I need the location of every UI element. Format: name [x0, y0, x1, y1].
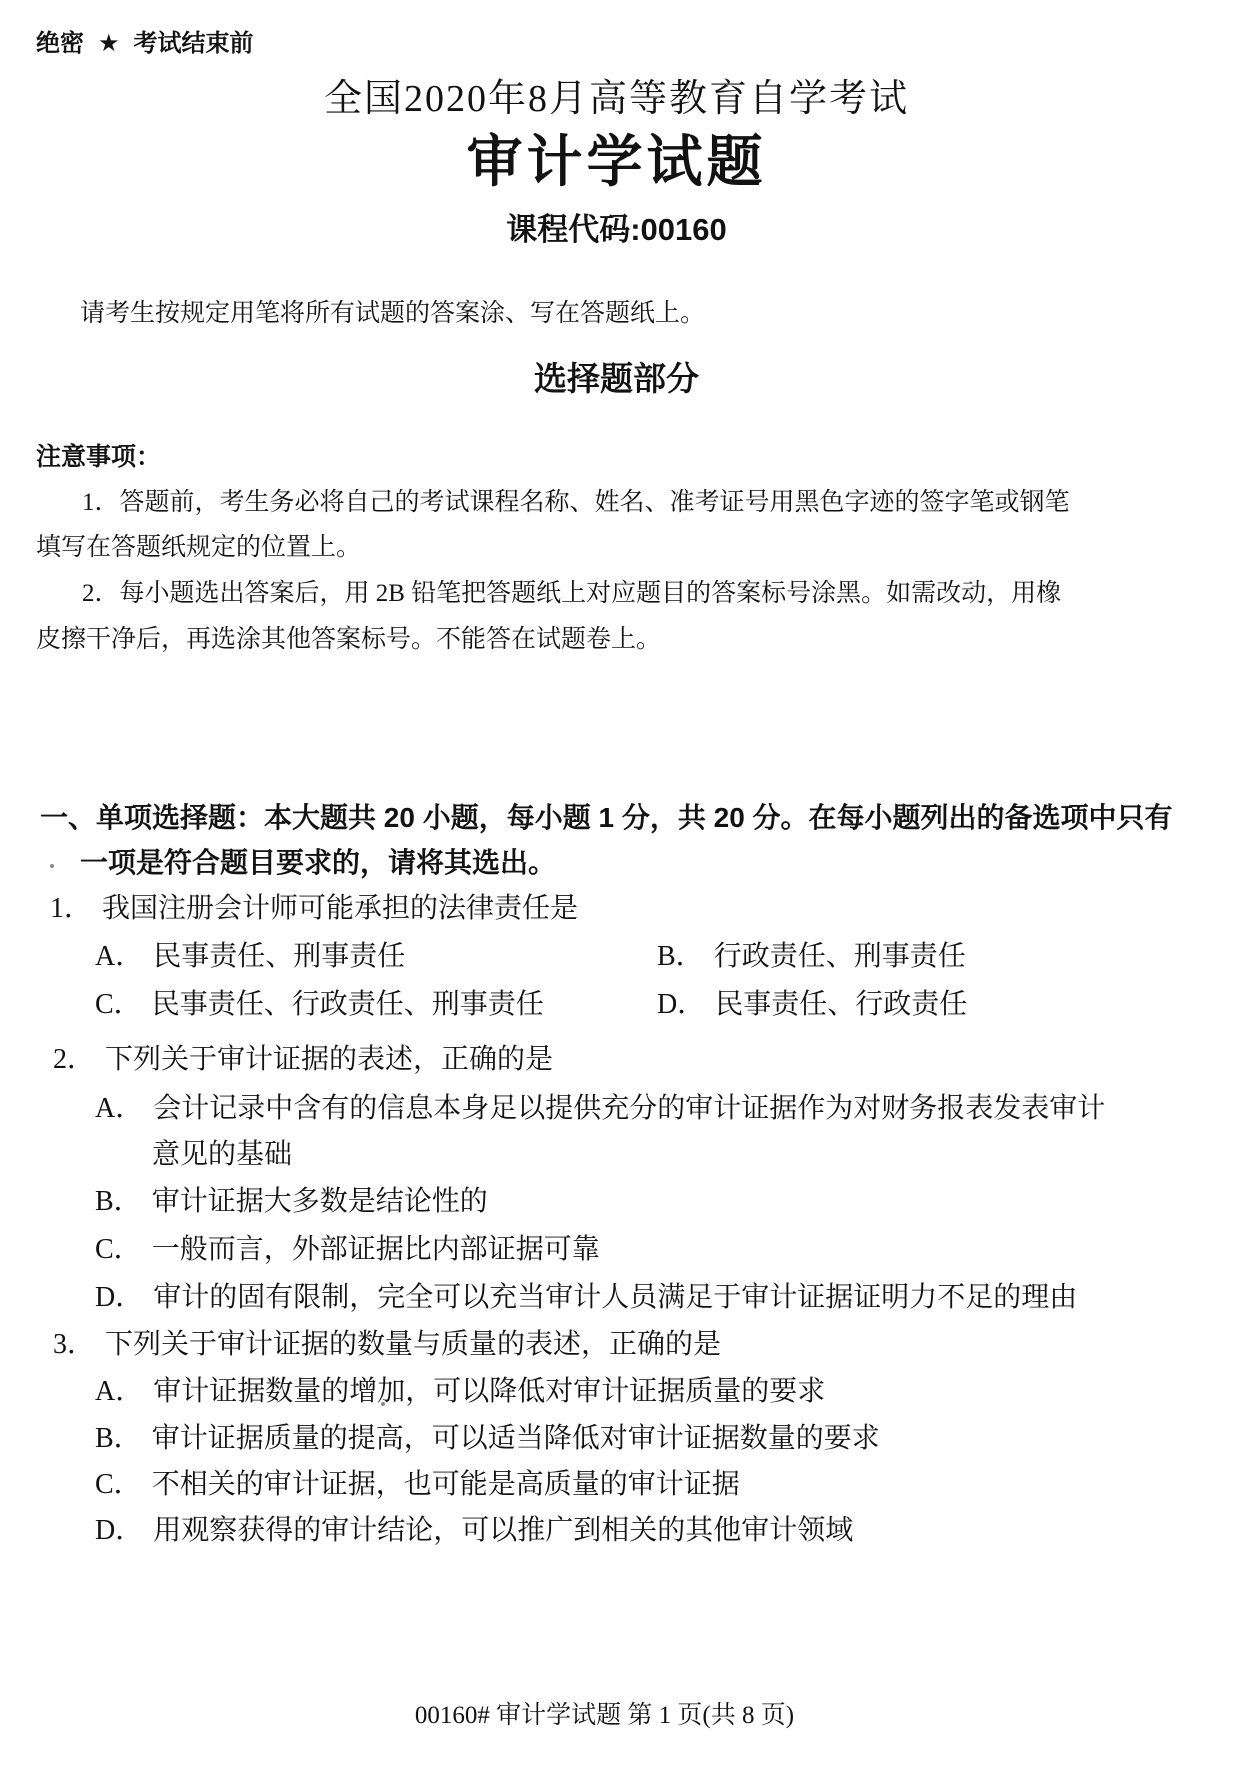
question-2-option-c: C．一般而言，外部证据比内部证据可靠	[95, 1234, 600, 1266]
question-2-stem: 2．下列关于审计证据的表述，正确的是	[53, 1044, 553, 1076]
option-a-text: 审计证据数量的增加，可以降低对审计证据质量的要求	[153, 1376, 825, 1407]
option-b-label: B．	[95, 1423, 142, 1454]
option-b-text: 审计证据质量的提高，可以适当降低对审计证据数量的要求	[152, 1423, 880, 1454]
question-2-text: 下列关于审计证据的表述，正确的是	[105, 1044, 553, 1075]
option-b-text: 行政责任、刑事责任	[714, 941, 966, 972]
exam-subject-title: 审计学试题	[0, 130, 1233, 194]
option-a-label: A．	[95, 1376, 143, 1407]
question-1-option-c: C．民事责任、行政责任、刑事责任	[95, 989, 544, 1021]
question-3-text: 下列关于审计证据的数量与质量的表述，正确的是	[105, 1329, 721, 1360]
question-3-number: 3．	[53, 1329, 95, 1360]
exam-session-title: 全国2020年8月高等教育自学考试	[0, 78, 1233, 122]
note-2-line-1: 2．每小题选出答案后，用 2B 铅笔把答题纸上对应题目的答案标号涂黑。如需改动，…	[82, 580, 1061, 609]
star-icon: ★	[98, 30, 120, 57]
question-1-stem: 1．我国注册会计师可能承担的法律责任是	[50, 893, 578, 925]
scan-speck	[381, 1402, 385, 1406]
section-one-heading-line-1: 一、单项选择题：本大题共 20 小题，每小题 1 分，共 20 分。在每小题列出…	[40, 802, 1173, 834]
question-2-option-d: D．审计的固有限制，完全可以充当审计人员满足于审计证据证明力不足的理由	[95, 1282, 1077, 1314]
question-3-stem: 3．下列关于审计证据的数量与质量的表述，正确的是	[53, 1329, 721, 1361]
option-d-label: D．	[95, 1282, 143, 1313]
option-c-text: 不相关的审计证据，也可能是高质量的审计证据	[152, 1469, 740, 1500]
note-2-line-2: 皮擦干净后，再选涂其他答案标号。不能答在试题卷上。	[36, 626, 661, 655]
option-d-label: D．	[95, 1515, 143, 1546]
question-1-option-b: B．行政责任、刑事责任	[657, 941, 966, 973]
option-c-label: C．	[95, 1234, 142, 1265]
question-3-option-d: D．用观察获得的审计结论，可以推广到相关的其他审计领域	[95, 1515, 853, 1547]
option-d-text: 民事责任、行政责任	[715, 989, 967, 1020]
option-b-label: B．	[657, 941, 704, 972]
option-a-text: 民事责任、刑事责任	[153, 941, 405, 972]
question-2-number: 2．	[53, 1044, 95, 1075]
option-a-label: A．	[95, 941, 143, 972]
question-3-option-b: B．审计证据质量的提高，可以适当降低对审计证据数量的要求	[95, 1423, 880, 1455]
section-one-heading-line-2: 一项是符合题目要求的，请将其选出。	[80, 847, 556, 879]
question-2-option-b: B．审计证据大多数是结论性的	[95, 1186, 488, 1218]
answer-instruction: 请考生按规定用笔将所有试题的答案涂、写在答题纸上。	[80, 300, 705, 329]
note-1-line-1: 1．答题前，考生务必将自己的考试课程名称、姓名、准考证号用黑色字迹的签字笔或钢笔	[82, 489, 1070, 518]
option-c-label: C．	[95, 989, 142, 1020]
classification-right-label: 考试结束前	[134, 30, 254, 57]
option-b-label: B．	[95, 1186, 142, 1217]
scan-speck	[50, 864, 54, 868]
question-2-option-a-line-2: 意见的基础	[152, 1139, 292, 1171]
option-d-text: 用观察获得的审计结论，可以推广到相关的其他审计领域	[153, 1515, 853, 1546]
classification-left-label: 绝密	[36, 30, 84, 57]
question-3-option-c: C．不相关的审计证据，也可能是高质量的审计证据	[95, 1469, 740, 1501]
course-code: 课程代码:00160	[0, 212, 1233, 248]
option-d-label: D．	[657, 989, 705, 1020]
option-d-text: 审计的固有限制，完全可以充当审计人员满足于审计证据证明力不足的理由	[153, 1282, 1077, 1313]
question-2-option-a: A．会计记录中含有的信息本身足以提供充分的审计证据作为对财务报表发表审计	[95, 1093, 1105, 1125]
option-c-label: C．	[95, 1469, 142, 1500]
security-classification: 绝密★考试结束前	[36, 30, 254, 58]
notes-title: 注意事项：	[36, 443, 161, 472]
question-1-option-a: A．民事责任、刑事责任	[95, 941, 405, 973]
option-b-text: 审计证据大多数是结论性的	[152, 1186, 488, 1217]
footer-page-label: 00160# 审计学试题 第 1 页(共 8 页)	[0, 1702, 1221, 1731]
exam-paper-page: 绝密★考试结束前 全国2020年8月高等教育自学考试 审计学试题 课程代码:00…	[0, 0, 1233, 1790]
option-c-text: 民事责任、行政责任、刑事责任	[152, 989, 544, 1020]
question-1-option-d: D．民事责任、行政责任	[657, 989, 967, 1021]
option-a-text: 会计记录中含有的信息本身足以提供充分的审计证据作为对财务报表发表审计	[153, 1093, 1105, 1124]
option-a-label: A．	[95, 1093, 143, 1124]
part-heading: 选择题部分	[0, 360, 1233, 398]
option-c-text: 一般而言，外部证据比内部证据可靠	[152, 1234, 600, 1265]
question-1-text: 我国注册会计师可能承担的法律责任是	[102, 893, 578, 924]
note-1-line-2: 填写在答题纸规定的位置上。	[36, 534, 361, 563]
question-3-option-a: A．审计证据数量的增加，可以降低对审计证据质量的要求	[95, 1376, 825, 1408]
question-1-number: 1．	[50, 893, 92, 924]
